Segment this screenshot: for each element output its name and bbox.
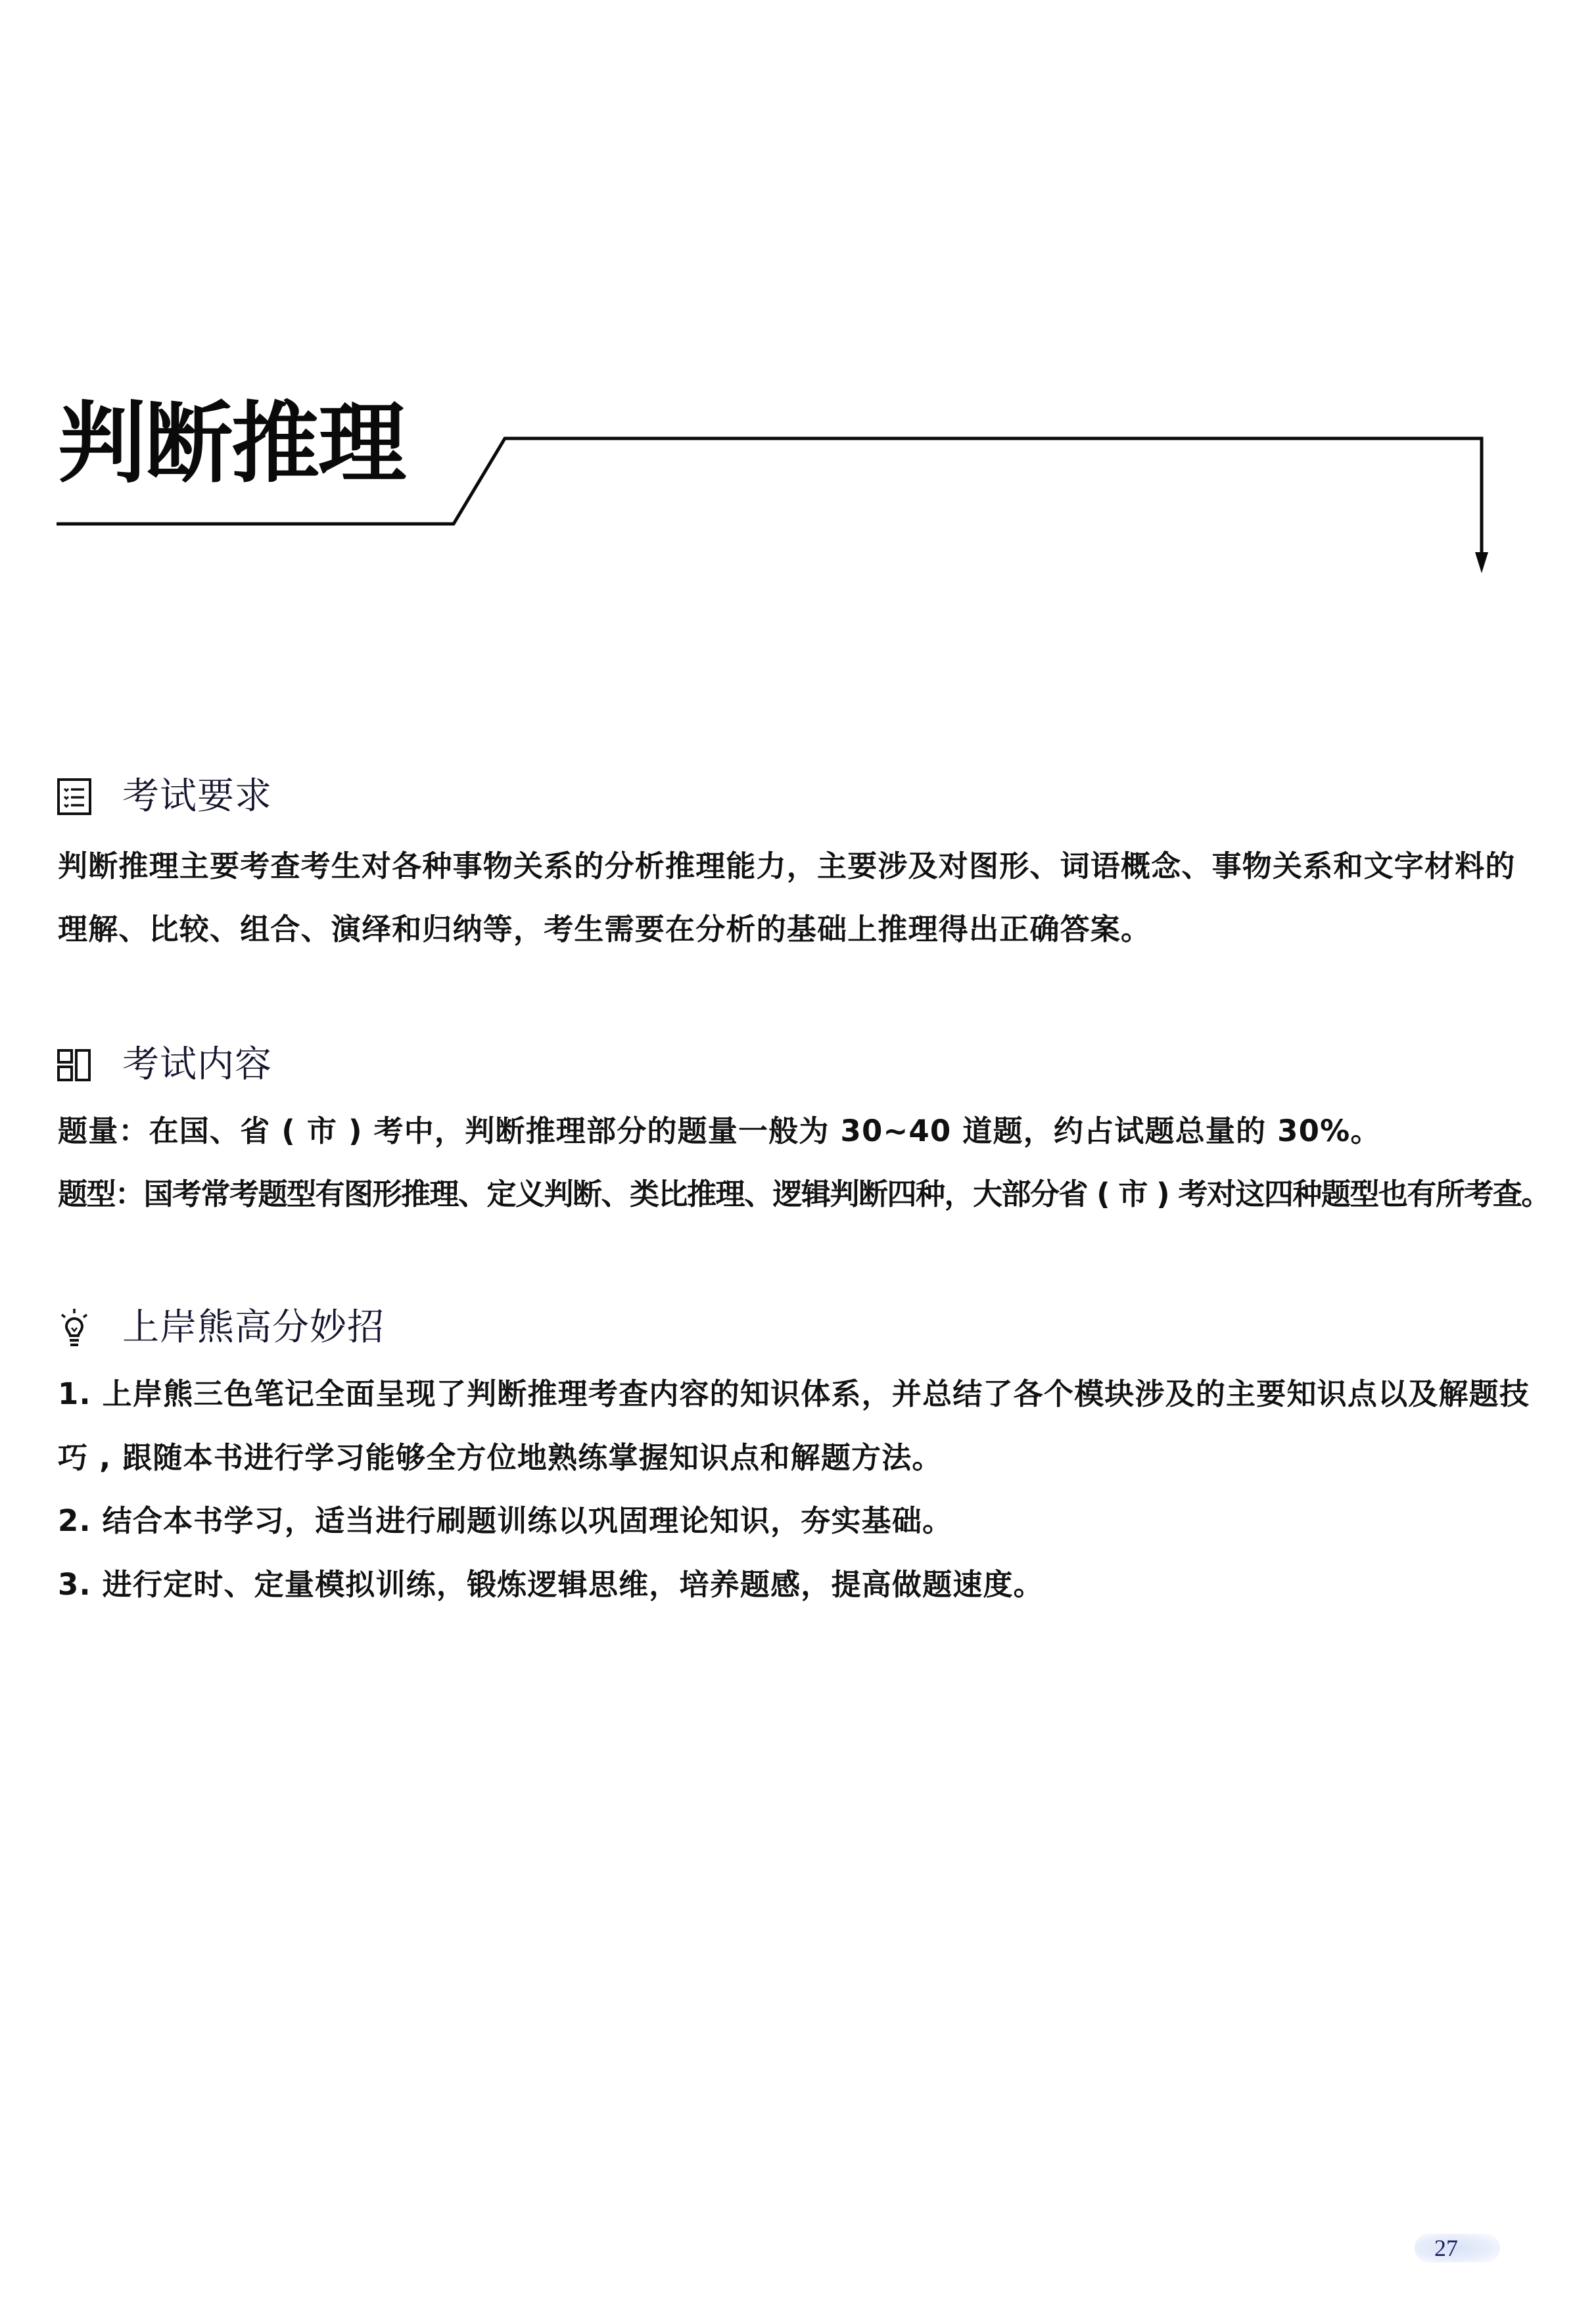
checklist-icon: [57, 777, 92, 816]
tip-line: 1. 上岸熊三色笔记全面呈现了判断推理考查内容的知识体系，并总结了各个模块涉及的…: [58, 1376, 1530, 1413]
question-count-line: 题量：在国、省 ( 市 ) 考中，判断推理部分的题量一般为 30~40 道题，约…: [58, 1113, 1381, 1150]
question-type-text: 国考常考题型有图形推理、定义判断、类比推理、逻辑判断四种，大部分省 ( 市 ) …: [144, 1177, 1550, 1211]
layout-grid-icon: [57, 1045, 92, 1085]
question-type-line: 题型：国考常考题型有图形推理、定义判断、类比推理、逻辑判断四种，大部分省 ( 市…: [58, 1176, 1550, 1213]
page-number: 27: [1434, 2235, 1458, 2261]
paragraph-line: 理解、比较、组合、演绎和归纳等，考生需要在分析的基础上推理得出正确答案。: [58, 911, 1151, 948]
lightbulb-icon: [57, 1308, 92, 1348]
tip-line: 2. 结合本书学习，适当进行刷题训练以巩固理论知识，夯实基础。: [58, 1503, 952, 1539]
paragraph-line: 判断推理主要考查考生对各种事物关系的分析推理能力，主要涉及对图形、词语概念、事物…: [58, 848, 1516, 885]
tip-line: 巧 , 跟随本书进行学习能够全方位地熟练掌握知识点和解题方法。: [58, 1440, 943, 1476]
section-heading-tips: 上岸熊高分妙招: [57, 1307, 385, 1349]
question-type-label: 题型：: [58, 1177, 144, 1211]
section-heading-text: 考试要求: [122, 776, 272, 818]
section-heading-exam-requirements: 考试要求: [57, 776, 272, 818]
section-heading-text: 考试内容: [122, 1044, 272, 1086]
question-count-label: 题量：: [58, 1114, 149, 1148]
question-count-text: 在国、省 ( 市 ) 考中，判断推理部分的题量一般为 30~40 道题，约占试题…: [149, 1114, 1381, 1148]
chapter-title: 判断推理: [58, 388, 405, 500]
section-heading-exam-content: 考试内容: [57, 1044, 272, 1086]
page-number-badge: 27: [1415, 2234, 1500, 2263]
tip-line: 3. 进行定时、定量模拟训练，锻炼逻辑思维，培养题感，提高做题速度。: [58, 1566, 1044, 1603]
section-heading-text: 上岸熊高分妙招: [122, 1307, 385, 1349]
